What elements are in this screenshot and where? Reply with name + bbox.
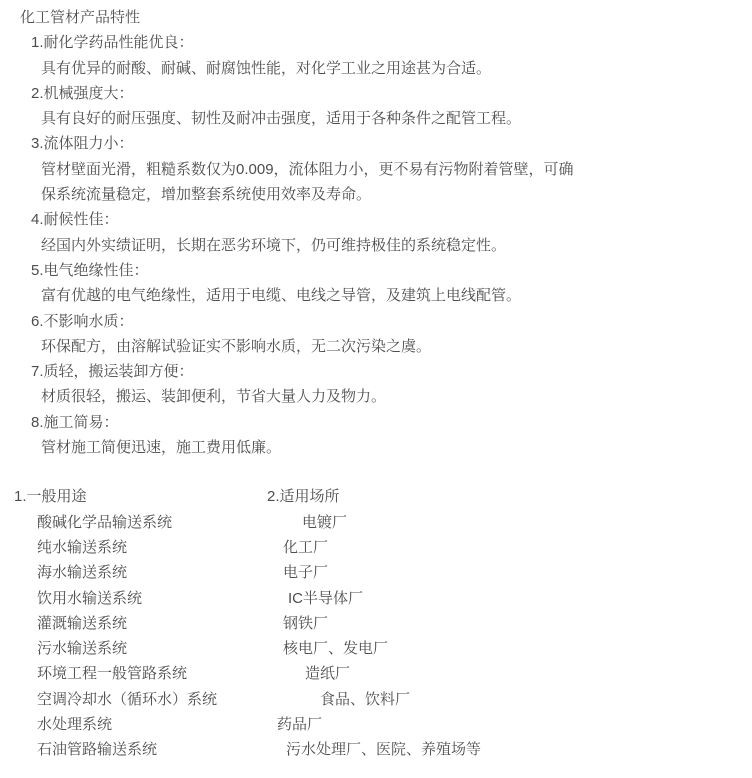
usage-use: 酸碱化学品输送系统	[37, 510, 172, 535]
usage-place: 污水处理厂、医院、养殖场等	[286, 737, 481, 762]
feature-body-5: 富有优越的电气绝缘性，适用于电缆、电线之导管，及建筑上电线配管。	[0, 283, 752, 308]
usage-use: 水处理系统	[37, 712, 112, 737]
feature-heading-8: 8.施工简易：	[0, 410, 752, 435]
usage-use: 饮用水输送系统	[37, 586, 142, 611]
feature-body-6: 环保配方，由溶解试验证实不影响水质，无二次污染之虞。	[0, 334, 752, 359]
usage-row-10: 石油管路输送系统 污水处理厂、医院、养殖场等	[0, 737, 752, 762]
usage-place: 食品、饮料厂	[320, 687, 410, 712]
usage-place: IC半导体厂	[288, 586, 363, 611]
usage-place: 电子厂	[283, 560, 328, 585]
page-title: 化工管材产品特性	[0, 5, 752, 30]
usage-row-9: 水处理系统 药品厂	[0, 712, 752, 737]
usage-use: 灌溉输送系统	[37, 611, 127, 636]
feature-heading-2: 2.机械强度大：	[0, 81, 752, 106]
usage-place: 电镀厂	[302, 510, 347, 535]
feature-body-3a: 管材壁面光滑，粗糙系数仅为0.009，流体阻力小，更不易有污物附着管壁，可确	[0, 157, 752, 182]
usage-row-1: 酸碱化学品输送系统 电镀厂	[0, 510, 752, 535]
usage-use: 纯水输送系统	[37, 535, 127, 560]
usage-use: 空调冷却水（循环水）系统	[37, 687, 217, 712]
usage-row-5: 灌溉输送系统 钢铁厂	[0, 611, 752, 636]
feature-body-7: 材质很轻，搬运、装卸便利，节省大量人力及物力。	[0, 384, 752, 409]
usage-header-row: 1.一般用途 2.适用场所	[0, 484, 752, 509]
usage-use: 污水输送系统	[37, 636, 127, 661]
feature-body-1: 具有优异的耐酸、耐碱、耐腐蚀性能，对化学工业之用途甚为合适。	[0, 56, 752, 81]
feature-body-4: 经国内外实绩证明，长期在恶劣环境下，仍可维持极佳的系统稳定性。	[0, 233, 752, 258]
document-page: 化工管材产品特性 1.耐化学药品性能优良： 具有优异的耐酸、耐碱、耐腐蚀性能，对…	[0, 0, 752, 778]
feature-heading-6: 6.不影响水质：	[0, 309, 752, 334]
usage-place: 核电厂、发电厂	[283, 636, 388, 661]
usage-row-4: 饮用水输送系统 IC半导体厂	[0, 586, 752, 611]
feature-heading-5: 5.电气绝缘性佳：	[0, 258, 752, 283]
feature-heading-3: 3.流体阻力小：	[0, 131, 752, 156]
usage-section: 1.一般用途 2.适用场所 酸碱化学品输送系统 电镀厂 纯水输送系统 化工厂 海…	[0, 484, 752, 762]
usage-row-8: 空调冷却水（循环水）系统 食品、饮料厂	[0, 687, 752, 712]
usage-place: 药品厂	[277, 712, 322, 737]
usage-row-2: 纯水输送系统 化工厂	[0, 535, 752, 560]
usage-place: 钢铁厂	[283, 611, 328, 636]
usage-col2-header: 2.适用场所	[267, 484, 340, 509]
usage-row-3: 海水输送系统 电子厂	[0, 560, 752, 585]
feature-body-2: 具有良好的耐压强度、韧性及耐冲击强度，适用于各种条件之配管工程。	[0, 106, 752, 131]
usage-use: 环境工程一般管路系统	[37, 661, 187, 686]
usage-use: 海水输送系统	[37, 560, 127, 585]
usage-use: 石油管路输送系统	[37, 737, 157, 762]
usage-row-7: 环境工程一般管路系统 造纸厂	[0, 661, 752, 686]
usage-row-6: 污水输送系统 核电厂、发电厂	[0, 636, 752, 661]
feature-body-3b: 保系统流量稳定，增加整套系统使用效率及寿命。	[0, 182, 752, 207]
feature-heading-4: 4.耐候性佳：	[0, 207, 752, 232]
features-section: 化工管材产品特性 1.耐化学药品性能优良： 具有优异的耐酸、耐碱、耐腐蚀性能，对…	[0, 0, 752, 460]
usage-col1-header: 1.一般用途	[14, 484, 87, 509]
feature-heading-7: 7.质轻，搬运装卸方便：	[0, 359, 752, 384]
usage-place: 化工厂	[283, 535, 328, 560]
feature-body-8: 管材施工简便迅速，施工费用低廉。	[0, 435, 752, 460]
section-gap	[0, 460, 752, 484]
usage-place: 造纸厂	[305, 661, 350, 686]
feature-heading-1: 1.耐化学药品性能优良：	[0, 30, 752, 55]
